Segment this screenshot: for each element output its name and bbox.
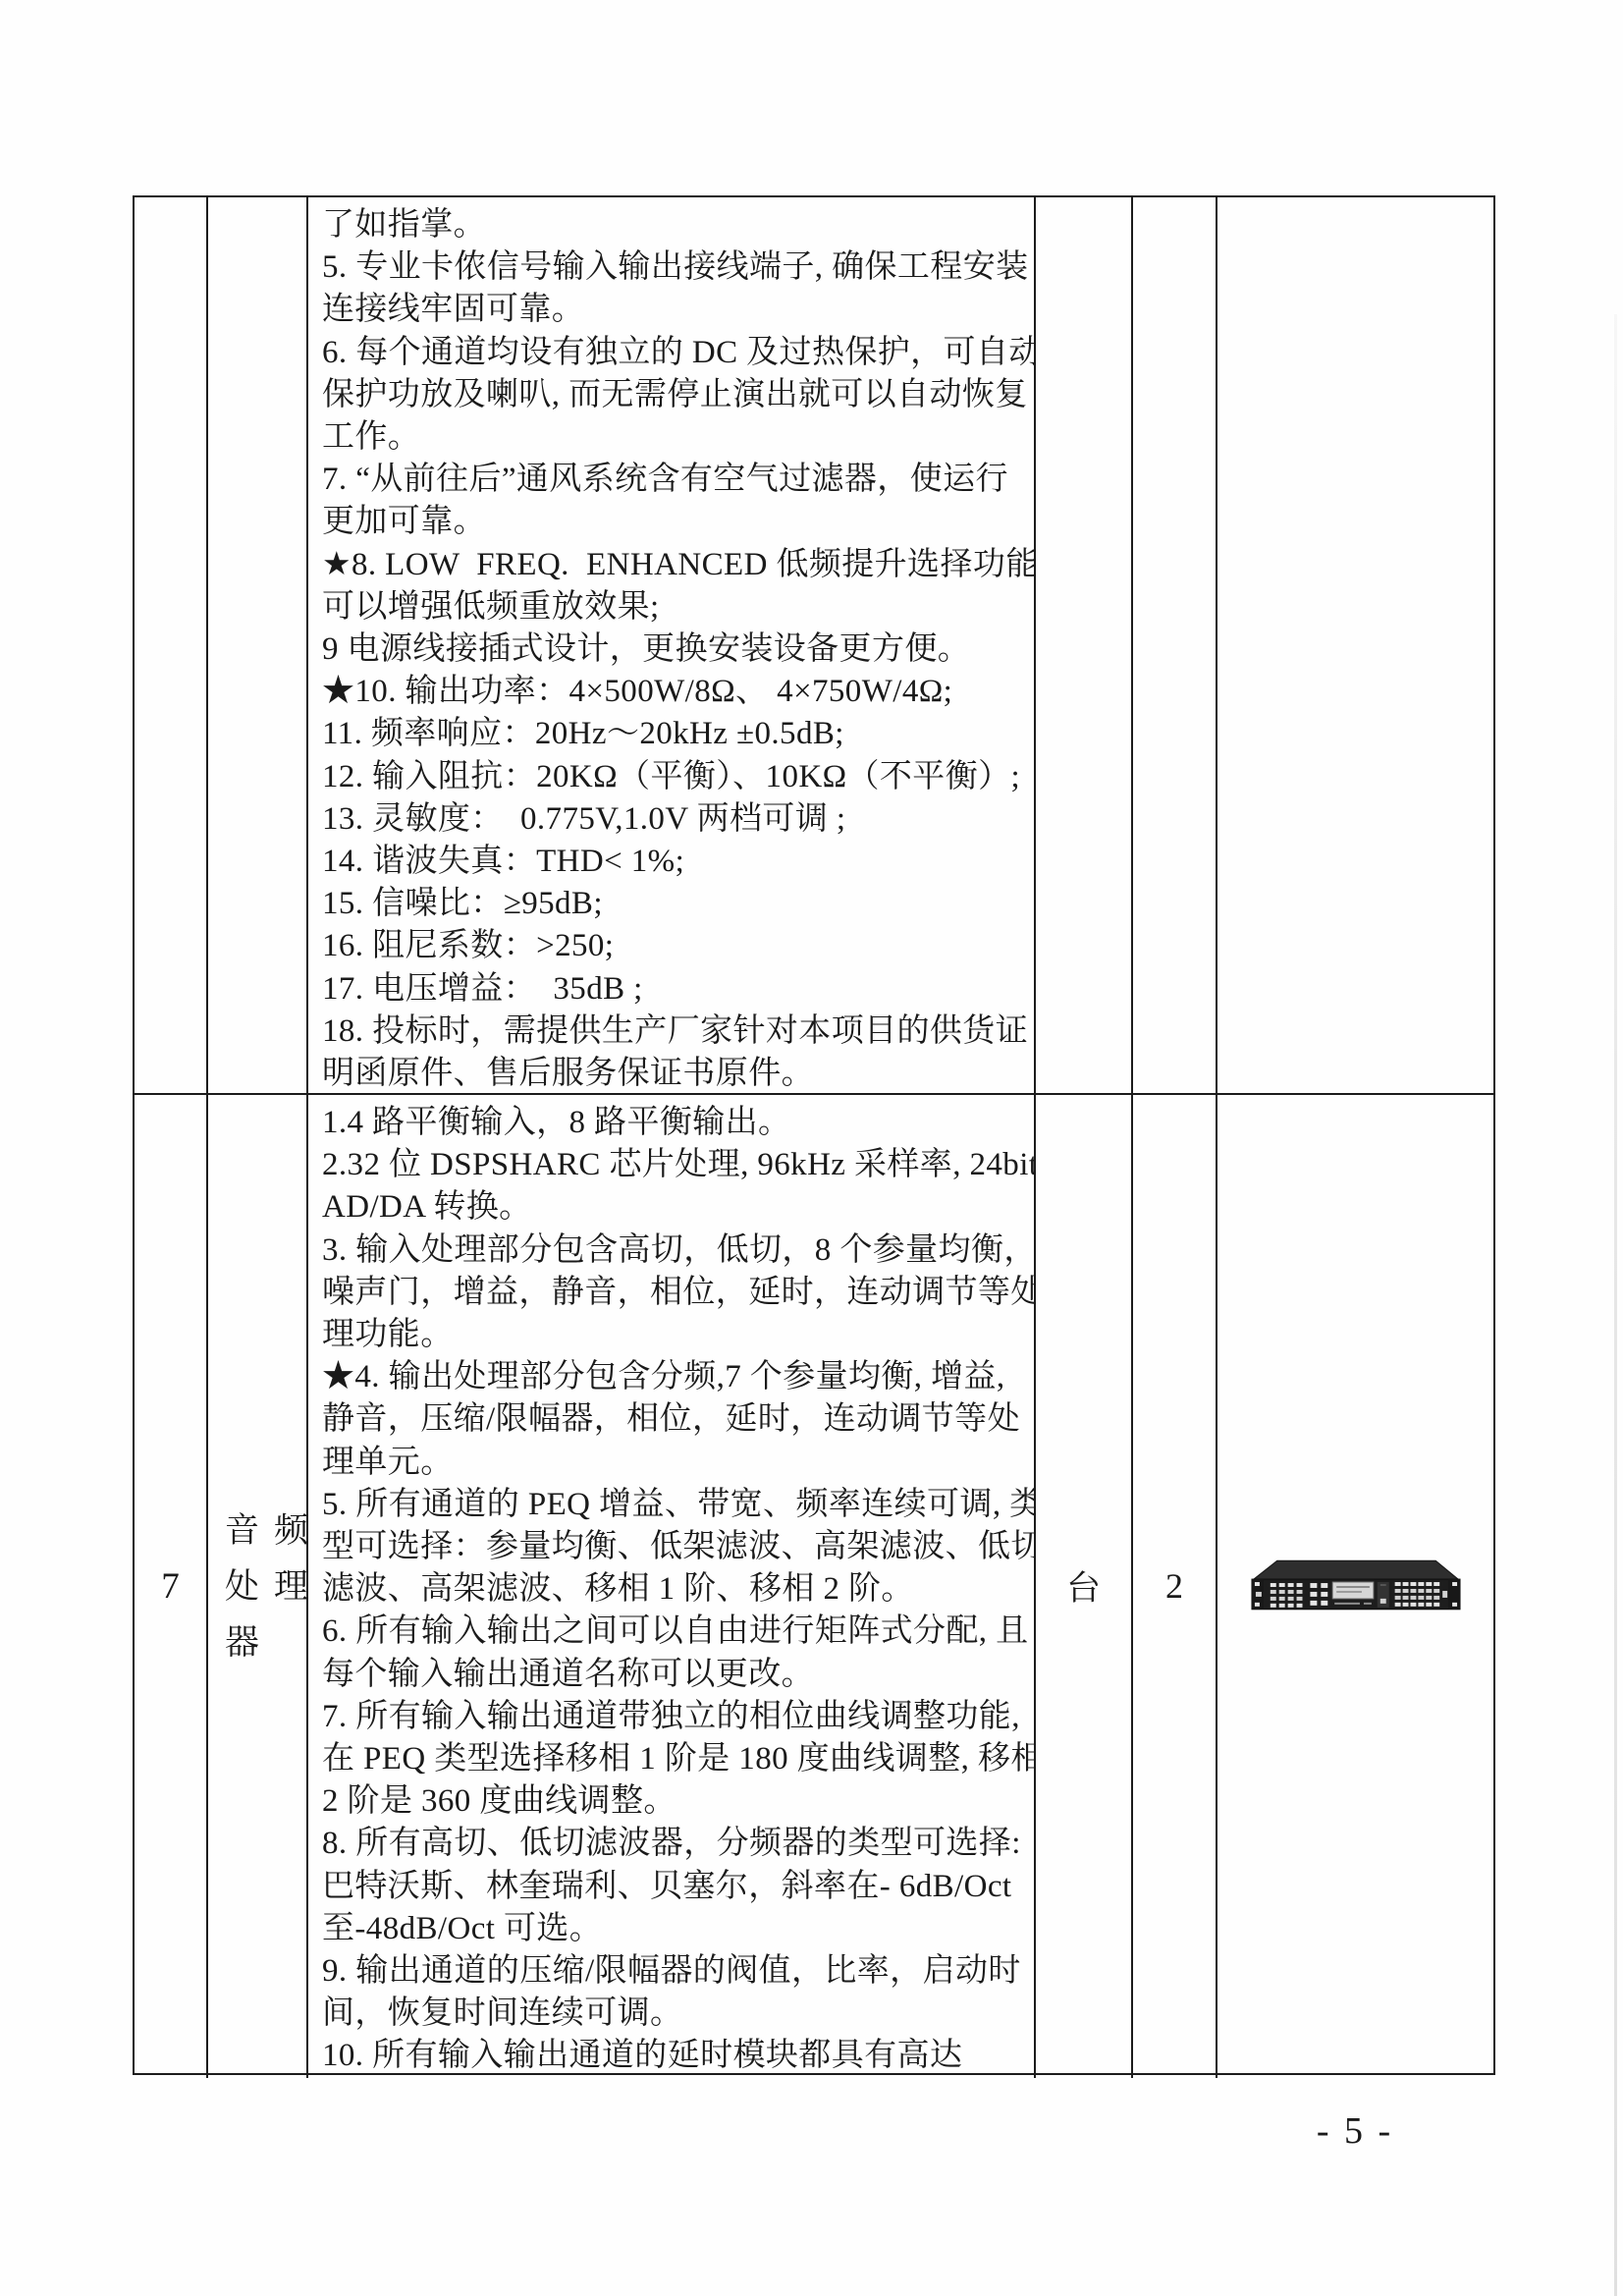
- item-number-cell: [135, 197, 208, 1093]
- quantity-value: 2: [1165, 1565, 1183, 1607]
- knob-section: [1377, 1582, 1388, 1608]
- item-number: 7: [161, 1565, 180, 1608]
- product-image-cell: [1217, 197, 1493, 1093]
- item-name: 音频 处理 器: [208, 1503, 308, 1670]
- item-number-cell: 7: [135, 1095, 208, 2078]
- audio-processor-product-image: [1249, 1556, 1463, 1616]
- page-number: - 5 -: [1286, 2109, 1424, 2153]
- table-row-audio-processor: 7 音频 处理 器 1.4 路平衡输入，8 路平衡输出。 2.32 位 DSPS…: [135, 1095, 1493, 2078]
- spec-text: 了如指掌。 5. 专业卡侬信号输入输出接线端子, 确保工程安装 连接线牢固可靠。…: [308, 197, 1034, 1093]
- quantity-cell: [1133, 197, 1217, 1093]
- product-image-cell: [1217, 1095, 1493, 2078]
- item-name-cell: [208, 197, 308, 1093]
- spec-text: 1.4 路平衡输入，8 路平衡输出。 2.32 位 DSPSHARC 芯片处理,…: [308, 1095, 1034, 2078]
- item-name-cell: 音频 处理 器: [208, 1095, 308, 2078]
- quantity-cell: 2: [1133, 1095, 1217, 2078]
- equipment-spec-table: 了如指掌。 5. 专业卡侬信号输入输出接线端子, 确保工程安装 连接线牢固可靠。…: [133, 195, 1495, 2075]
- spec-cell: 1.4 路平衡输入，8 路平衡输出。 2.32 位 DSPSHARC 芯片处理,…: [308, 1095, 1036, 2078]
- unit-cell: 台: [1036, 1095, 1133, 2078]
- table-row-amplifier-continued: 了如指掌。 5. 专业卡侬信号输入输出接线端子, 确保工程安装 连接线牢固可靠。…: [135, 197, 1493, 1095]
- scan-edge-artifact: [1614, 314, 1617, 2296]
- unit-cell: [1036, 197, 1133, 1093]
- unit-value: 台: [1066, 1561, 1101, 1611]
- spec-cell: 了如指掌。 5. 专业卡侬信号输入输出接线端子, 确保工程安装 连接线牢固可靠。…: [308, 197, 1036, 1093]
- scanned-document-page: { "page": { "number_label": "- 5 -" }, "…: [0, 0, 1623, 2296]
